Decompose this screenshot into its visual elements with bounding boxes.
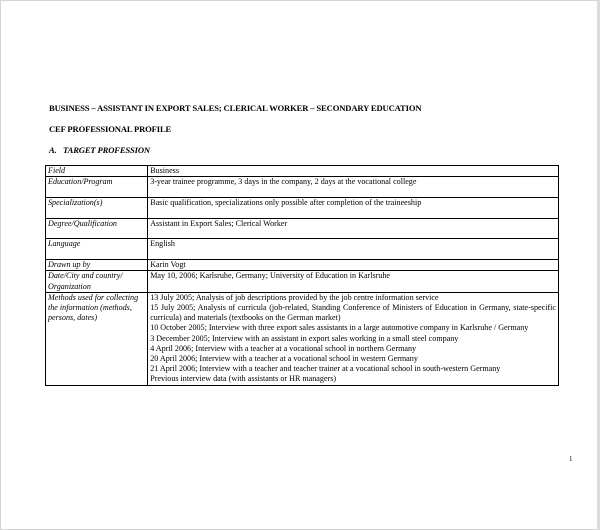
row-label: Field: [46, 166, 148, 177]
page-number: 1: [569, 455, 573, 463]
row-label: Drawn up by: [46, 260, 148, 271]
row-label: Specialization(s): [46, 198, 148, 219]
row-value: 3-year trainee programme, 3 days in the …: [148, 177, 559, 198]
row-value: English: [148, 239, 559, 260]
profile-table: Field Business Education/Program 3-year …: [45, 165, 559, 386]
row-label: Education/Program: [46, 177, 148, 198]
method-entry: 10 October 2005; Interview with three ex…: [150, 323, 556, 333]
row-value-methods: 13 July 2005; Analysis of job descriptio…: [148, 292, 559, 385]
row-label: Language: [46, 239, 148, 260]
table-row: Field Business: [46, 166, 559, 177]
method-entry: 21 April 2006; Interview with a teacher …: [150, 364, 556, 374]
method-entry: 3 December 2005; Interview with an assis…: [150, 334, 556, 344]
document-title: BUSINESS – ASSISTANT IN EXPORT SALES; CL…: [49, 103, 421, 113]
table-row: Date/City and country/ Organization May …: [46, 271, 559, 292]
table-row: Degree/Qualification Assistant in Export…: [46, 219, 559, 239]
row-value: Basic qualification, specializations onl…: [148, 198, 559, 219]
table-row: Language English: [46, 239, 559, 260]
row-value: May 10, 2006; Karlsruhe, Germany; Univer…: [148, 271, 559, 292]
method-entry: 13 July 2005; Analysis of job descriptio…: [150, 293, 556, 303]
document-subtitle: CEF PROFESSIONAL PROFILE: [49, 124, 171, 134]
row-label: Date/City and country/ Organization: [46, 271, 148, 292]
row-label: Degree/Qualification: [46, 219, 148, 239]
row-label: Methods used for collecting the informat…: [46, 292, 148, 385]
table-row: Drawn up by Karin Vogt: [46, 260, 559, 271]
method-entry: 15 July 2005; Analysis of curricula (job…: [150, 303, 556, 323]
section-letter: A.: [49, 145, 63, 155]
method-entry: 20 April 2006; Interview with a teacher …: [150, 354, 556, 364]
table-row: Methods used for collecting the informat…: [46, 292, 559, 385]
method-entry: 4 April 2006; Interview with a teacher a…: [150, 344, 556, 354]
row-value: Karin Vogt: [148, 260, 559, 271]
method-entry: Previous interview data (with assistants…: [150, 374, 556, 384]
row-value: Assistant in Export Sales; Clerical Work…: [148, 219, 559, 239]
table-row: Specialization(s) Basic qualification, s…: [46, 198, 559, 219]
row-value: Business: [148, 166, 559, 177]
table-row: Education/Program 3-year trainee program…: [46, 177, 559, 198]
section-heading: A.TARGET PROFESSION: [49, 145, 150, 155]
section-heading-text: TARGET PROFESSION: [63, 145, 150, 155]
